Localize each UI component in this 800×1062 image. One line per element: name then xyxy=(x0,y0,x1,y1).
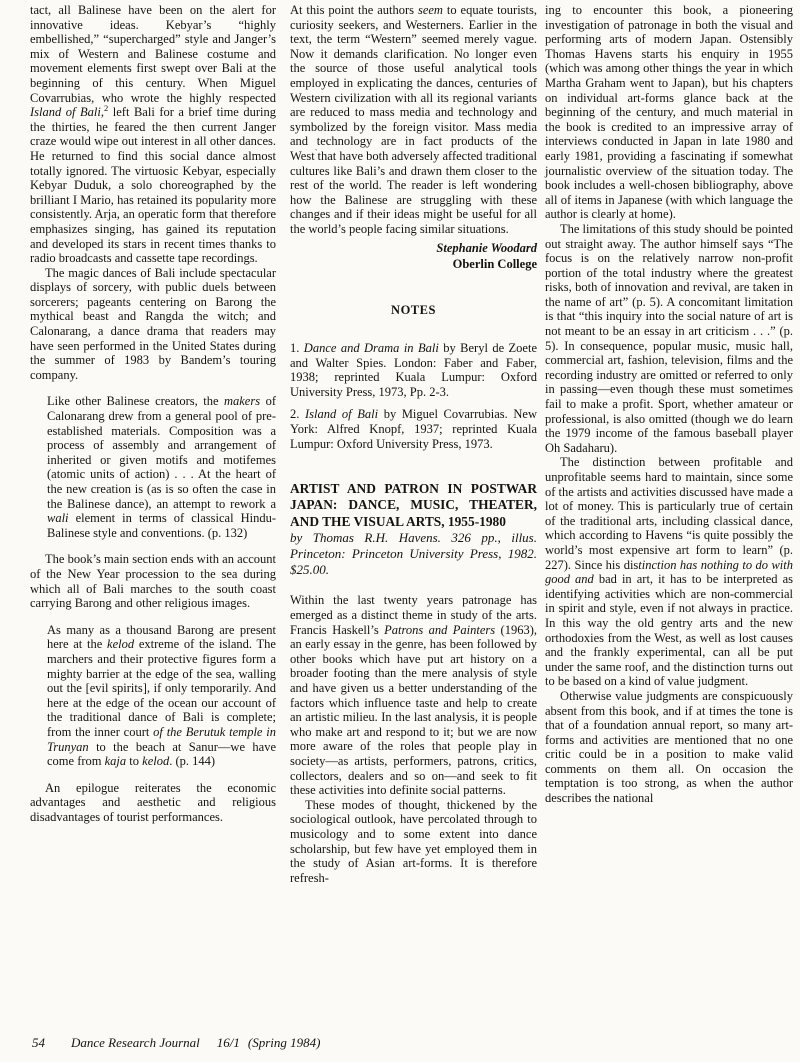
text-run: makers xyxy=(224,394,260,408)
text-run: by Thomas R.H. Havens. 326 pp., illus. P… xyxy=(290,530,537,577)
text-run: element in terms of classical Hindu-Bali… xyxy=(47,511,276,540)
text-column-3: ing to encounter this book, a pioneering… xyxy=(545,3,793,806)
text-run: These modes of thought, thickened by the… xyxy=(290,798,537,885)
body-paragraph: The limitations of this study should be … xyxy=(545,222,793,456)
body-paragraph: ing to encounter this book, a pioneering… xyxy=(545,3,793,222)
body-paragraph: At this point the authors seem to equate… xyxy=(290,3,537,237)
text-run: The book’s main section ends with an acc… xyxy=(30,552,276,610)
body-paragraph: An epilogue reiterates the economic adva… xyxy=(30,781,276,825)
review-book-title: ARTIST AND PATRON IN POSTWAR JAPAN: DANC… xyxy=(290,481,537,530)
footnote: 1. Dance and Drama in Bali by Beryl de Z… xyxy=(290,341,537,399)
text-run: Island of Bali xyxy=(305,407,378,421)
text-column-1: tact, all Balinese have been on the aler… xyxy=(30,3,276,824)
text-run: NOTES xyxy=(391,303,436,317)
text-run: At this point the authors xyxy=(290,3,418,17)
text-run: 2. xyxy=(290,407,305,421)
text-run: to equate tourists, curiosity seekers, a… xyxy=(290,3,537,163)
body-paragraph: The distinction between profitable and u… xyxy=(545,455,793,689)
text-run: . (p. 144) xyxy=(169,754,215,768)
journal-page-body: tact, all Balinese have been on the aler… xyxy=(30,3,793,885)
text-run: left Bali for a brief time during the th… xyxy=(30,105,276,265)
review-book-citation: by Thomas R.H. Havens. 326 pp., illus. P… xyxy=(290,530,537,579)
text-run: ARTIST AND PATRON IN POSTWAR JAPAN: DANC… xyxy=(290,481,537,528)
author-attribution: Stephanie WoodardOberlin College xyxy=(290,240,537,273)
attribution-line: Oberlin College xyxy=(290,256,537,273)
journal-title: Dance Research Journal xyxy=(71,1035,200,1050)
body-paragraph: Within the last twenty years patronage h… xyxy=(290,593,537,797)
journal-issue: 16/1 xyxy=(217,1035,240,1050)
notes-heading: NOTES xyxy=(290,303,537,318)
text-run: kelod xyxy=(142,754,169,768)
text-run: seem xyxy=(418,3,443,17)
body-paragraph: Otherwise value judgments are conspicuou… xyxy=(545,689,793,806)
text-run: 1. xyxy=(290,341,304,355)
page-number: 54 xyxy=(32,1035,45,1050)
journal-season: (Spring 1984) xyxy=(248,1035,321,1050)
footnote: 2. Island of Bali by Miguel Covarrubias.… xyxy=(290,407,537,451)
text-run: The limitations of this study should be … xyxy=(545,222,793,455)
text-run: to xyxy=(126,754,142,768)
text-column-2: At this point the authors seem to equate… xyxy=(290,3,537,885)
text-run: tact, all Balinese have been on the aler… xyxy=(30,3,276,105)
text-run: Patrons and Painters xyxy=(384,623,495,637)
block-quote: Like other Balinese creators, the makers… xyxy=(47,394,276,540)
body-paragraph: These modes of thought, thickened by the… xyxy=(290,798,537,886)
body-paragraph: The book’s main section ends with an acc… xyxy=(30,552,276,610)
text-run: An epilogue reiterates the economic adva… xyxy=(30,781,276,824)
text-run: bad in art, it has to be interpreted as … xyxy=(545,572,793,688)
text-run: ing to encounter this book, a pioneering… xyxy=(545,3,793,221)
text-run: that have both adversely affected tradit… xyxy=(290,149,537,236)
page-footer: 54Dance Research Journal16/1(Spring 1984… xyxy=(32,1035,772,1051)
text-run: The distinction between profitable and u… xyxy=(545,455,793,571)
attribution-line: Stephanie Woodard xyxy=(290,240,537,257)
text-run: wali xyxy=(47,511,69,525)
text-run: extreme of the island. The marchers and … xyxy=(47,637,276,739)
text-run: (1963), an early essay in the genre, has… xyxy=(290,623,537,798)
text-run: Island of Bali, xyxy=(30,105,104,119)
text-run: of Calonarang drew from a general pool o… xyxy=(47,394,276,510)
body-paragraph: tact, all Balinese have been on the aler… xyxy=(30,3,276,266)
text-run: The magic dances of Bali include spectac… xyxy=(30,266,276,382)
text-run: Otherwise value judgments are conspicuou… xyxy=(545,689,793,805)
text-run: Like other Balinese creators, the xyxy=(47,394,224,408)
block-quote: As many as a thousand Barong are present… xyxy=(47,623,276,769)
text-run: kelod xyxy=(107,637,134,651)
body-paragraph: The magic dances of Bali include spectac… xyxy=(30,266,276,383)
text-run: Dance and Drama in Bali xyxy=(304,341,439,355)
text-run: kaja xyxy=(105,754,127,768)
